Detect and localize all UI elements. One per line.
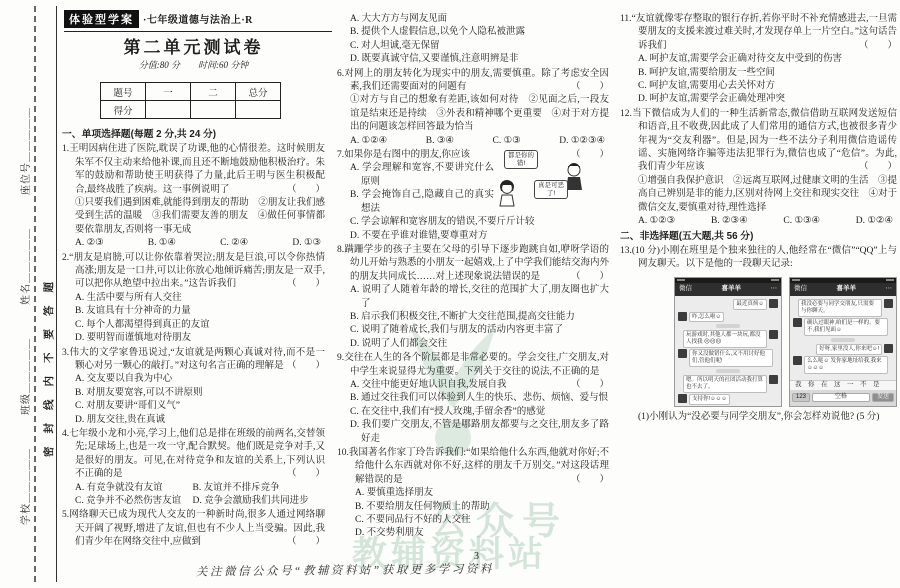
option-a: A. ①②③: [638, 215, 675, 228]
option-b: B. 友谊并不排斥竞争: [193, 482, 326, 495]
option-c: C. 对朋友要讲“哥们义气”: [75, 400, 325, 413]
message-bubble: 咋,怎么啦☺: [689, 312, 724, 323]
question-1: 1.王明因病住进了医院,耽误了功课,他的心情很差。这时候朋友朱军不仅主动来给他补…: [62, 143, 325, 250]
question-7: 7.如果你是右图中的朋友,你应该（ ） 都是你的错! 真是可恶了! A. 学会理…: [337, 149, 609, 243]
question-number: 11.: [620, 14, 632, 24]
seal-warning-text: 密封线内不要答题: [41, 147, 55, 457]
chat-message-incoming: 你又没做错什么,又不用讨好他们,管他们呢!: [678, 349, 778, 367]
seal-solid-line: [56, 6, 57, 582]
option-row: A. ①②④ B. ③④ C. ①③ D. ①②③④: [350, 135, 609, 148]
option-b: B. ①④: [148, 237, 176, 250]
option-c: C. ②④: [220, 237, 248, 250]
contact-name: 喜羊羊: [692, 286, 771, 293]
chat-body: 我没必要与同学交朋友,只需要与你聊天。 确认过眼神,咱们是一样的。要不,我们见面…: [790, 296, 896, 380]
question-8: 8.蹒跚学步的孩子主要在父母的引导下逐步跑跳自如,咿呀学语的幼儿开始与熟悉的小朋…: [337, 244, 609, 351]
chat-message-outgoing: 玩游戏时,其他人都一块玩,都没人找我 ☹☹☹: [678, 330, 778, 348]
message-bubble: 确认过眼神,咱们是一样的。要不,我们见面☺: [804, 318, 888, 336]
keyboard-suggestion-row: 我 你 在 这 一 不 是: [790, 380, 896, 390]
score-header-cell: 题号: [101, 83, 146, 101]
chat-body: 最近真烦☺ 咋,怎么啦☺ 玩游戏时,其他人都一块玩,都没人找我 ☹☹☹ 你又没做…: [675, 296, 781, 406]
option-b: B. 呵护友谊,需要给朋友一些空间: [638, 67, 897, 80]
section-1-heading: 一、单项选择题(每题 2 分,共 24 分): [62, 128, 325, 141]
wechat-screenshot-1: 微信 喜羊羊 ⋯ 最近真烦☺ 咋,怎么啦☺ 玩游戏时,其他人都一块玩,都没人找我…: [674, 277, 782, 407]
avatar: [678, 349, 687, 358]
back-label: 微信: [794, 286, 807, 293]
speech-bubble-left: 都是你的错!: [504, 150, 538, 169]
option-b: B. 不要给朋友任何物质上的帮助: [355, 501, 609, 514]
message-bubble: 你又没做错什么,又不用讨好他们,管他们呢!: [689, 349, 773, 367]
option-row: A. ①②③ B. ②③④ C. ①③④ D. ①②④: [638, 215, 897, 228]
avatar: [769, 375, 778, 384]
option-a: A. 大大方方与网友见面: [350, 13, 609, 26]
question-subitems: ①增强自我保护意识 ②远离互联网,过健康文明的生活 ③提高自己辨别是非的能力,区…: [638, 175, 897, 215]
avatar: [678, 394, 687, 403]
score-blank-cell: [236, 101, 281, 119]
contact-name: 喜羊羊: [807, 286, 886, 293]
exam-page: 公众号 教辅资料站 学校＿＿＿＿＿ 班级＿＿＿＿＿ 姓名＿＿＿＿＿ 座位号＿＿＿…: [0, 0, 900, 588]
avatar: [678, 312, 687, 321]
option-b: B. 对朋友要宽容,可以不讲原则: [75, 387, 325, 400]
answer-bracket: （ ）: [300, 468, 325, 481]
question-stem: 当下微信成为人们的一种生活新常态,微信借助互联网发送短信和语音,且不收费,因此成…: [632, 109, 897, 173]
option-a: A. 交友要以自我为中心: [75, 373, 325, 386]
more-icon: ⋯: [886, 286, 893, 293]
message-bubble: 嗯。所以明天的社团活动我打算也不去了。: [683, 375, 767, 393]
avatar: [769, 299, 778, 308]
option-d: D. ①②④: [856, 215, 893, 228]
question-6: 6.对网上的朋友转化为现实中的朋友,需要慎重。除了考虑安全因素,我们还需要面对的…: [337, 68, 609, 148]
answer-bracket: （ ）: [877, 161, 897, 174]
section-2-heading: 二、非选择题(五大题,共 56 分): [620, 230, 897, 243]
question-stem: 对网上的朋友转化为现实中的朋友,需要慎重。除了考虑安全因素,我们还需要面对的问题…: [344, 69, 609, 92]
question-3: 3.伟大的文学家鲁迅说过,“友谊就是两颗心真诚对待,而不是一颗心对另一颗心的敲打…: [62, 347, 325, 427]
option-c: C. ①③: [493, 135, 521, 148]
option-d: D. 不交势利朋友: [355, 527, 609, 540]
chat-screenshots: 微信 喜羊羊 ⋯ 最近真烦☺ 咋,怎么啦☺ 玩游戏时,其他人都一块玩,都没人找我…: [674, 277, 897, 407]
option-c: C. 竞争并不必然伤害友谊: [75, 495, 193, 508]
message-bubble: 最近真烦☺: [733, 299, 767, 310]
column-2: A. 大大方方与网友见面 B. 提供个人虚假信息,以免个人隐私被泄露 C. 对人…: [337, 13, 609, 542]
option-d: D. 竞争会激励我们共同进步: [193, 495, 326, 508]
option-a: A. 生活中要与所有人交往: [75, 292, 325, 305]
send-key: 发送: [872, 393, 894, 402]
option-a: A. ②③: [75, 237, 104, 250]
chat-title-bar: 微信 喜羊羊 ⋯: [675, 283, 781, 296]
question-stem: 如果你是右图中的朋友,你应该: [344, 150, 470, 160]
option-b: B. 启示我们积极交往,不断扩大交往范围,提高交往能力: [350, 311, 609, 324]
score-header-cell: 二: [191, 83, 236, 101]
exam-title: 第二单元测试卷: [62, 33, 325, 58]
wechat-screenshot-2: 微信 喜羊羊 ⋯ 我没必要与同学交朋友,只需要与你聊天。 确认过眼神,咱们是一样…: [789, 277, 897, 407]
option-c: C. 说明了随着成长,我们与朋友的活动内容更丰富了: [350, 324, 609, 337]
option-c: C. 学会谅解和宽容朋友的错误,不要斤斤计较: [350, 216, 609, 229]
option-c: C. ①③④: [783, 215, 820, 228]
answer-bracket: （ ）: [877, 40, 897, 53]
answer-bracket: （ ）: [300, 184, 325, 197]
question-stem: 蹒跚学步的孩子主要在父母的引导下逐步跑跳自如,咿呀学语的幼儿开始与熟悉的小朋友一…: [344, 245, 609, 282]
seal-dashed-line: [34, 6, 36, 582]
option-d: D. ①③: [292, 237, 321, 250]
option-d: D. ①②③④: [559, 135, 605, 148]
option-a: A. ①②④: [350, 135, 387, 148]
question-5: 5.网络聊天已成为现代人交友的一种新时尚,很多人通过网络聊天开阔了视野,增进了友…: [62, 509, 325, 549]
avatar: [793, 356, 802, 365]
margin-student-fields: 学校＿＿＿＿＿ 班级＿＿＿＿＿ 姓名＿＿＿＿＿ 座位号＿＿＿＿＿: [17, 45, 31, 525]
numeric-key: 123: [792, 393, 810, 402]
option-d: D. 要明智而谨慎地对待朋友: [75, 332, 325, 345]
chat-title-bar: 微信 喜羊羊 ⋯: [790, 283, 896, 296]
answer-bracket: （ ）: [300, 360, 325, 373]
space-key: 空格: [812, 393, 870, 402]
option-a: A. 有竞争就没有友谊: [75, 482, 193, 495]
score-table: 题号 一 二 总分 得分: [100, 82, 281, 119]
question-2: 2.“朋友是肩膀,可以让你依靠着哭泣;朋友是巨浪,可以令你热情高涨;朋友是一口井…: [62, 252, 325, 346]
score-blank-cell: [191, 101, 236, 119]
chat-message-outgoing: 好呀,家里没人,你来吧☺!: [793, 344, 893, 355]
option-d: D. 我们要广交朋友,不管是哪路朋友都要与之交往,朋友多了路好走: [350, 419, 609, 446]
chat-message-incoming: 咋,怎么啦☺: [678, 312, 778, 323]
question-subitems: ①只要我们遇到困难,就能得到朋友的帮助 ②朋友让我们感受到生活的温暖 ③我们需要…: [75, 197, 325, 237]
question-number: 10.: [337, 448, 349, 458]
chat-message-incoming: 么么哒☺ 发你家地址给我,我来 ☺☺☺: [793, 356, 893, 374]
score-header-cell: 总分: [236, 83, 281, 101]
option-d: D. 说明了人们都会交往: [350, 338, 609, 351]
option-c: C. 每个人都渴望得到真正的友谊: [75, 319, 325, 332]
chat-message-outgoing: 最近真烦☺: [678, 299, 778, 310]
question-5-options: A. 大大方方与网友见面 B. 提供个人虚假信息,以免个人隐私被泄露 C. 对人…: [337, 13, 609, 67]
question-stem: 交往在人生的各个阶层都是非常必要的。学会交往,广交朋友,对中学生来说显得尤为重要…: [344, 353, 609, 376]
answer-bracket: （ ）: [584, 379, 609, 392]
question-number: 12.: [620, 109, 632, 119]
question-4: 4.七年级小龙和小亮,学习上,他们总是排在班级的前两名,交替领先;足球场上,也是…: [62, 428, 325, 508]
answer-bracket: （ ）: [300, 278, 325, 291]
column-1: 一、单项选择题(每题 2 分,共 24 分) 1.王明因病住进了医院,耽误了功课…: [62, 127, 325, 551]
answer-bracket: （ ）: [584, 271, 609, 284]
back-label: 微信: [679, 286, 692, 293]
option-row: A. ②③ B. ①④ C. ②④ D. ①③: [75, 237, 325, 250]
option-b: B. ②③④: [711, 215, 748, 228]
series-badge: 体验型学案: [64, 10, 139, 28]
avatar: [884, 344, 893, 353]
option-a: A. 说明了人随着年龄的增长,交往的范围扩大了,朋友圈也扩大了: [350, 284, 609, 311]
quarrel-cartoon-illustration: 都是你的错! 真是可恶了!: [498, 150, 584, 212]
avatar: [793, 318, 802, 327]
score-row-label: 得分: [101, 101, 146, 119]
avatar: [884, 299, 893, 308]
more-icon: ⋯: [771, 286, 778, 293]
question-number: 13.: [620, 246, 632, 256]
option-d: D. 呵护友谊,需要学会正确处理冲突: [638, 93, 897, 106]
answer-bracket: （ ）: [584, 149, 609, 162]
option-b: B. 友谊具有十分神奇的力量: [75, 305, 325, 318]
message-bubble: 支持你!☺☺☺: [689, 394, 730, 405]
chat-message-outgoing: 我没必要与同学交朋友,只需要与你聊天。: [793, 299, 893, 317]
series-label: ·七年级道德与法治上·R: [143, 15, 253, 26]
score-blank-cell: [146, 101, 191, 119]
message-bubble: 好呀,家里没人,你来吧☺!: [816, 344, 882, 355]
question-subitems: ①对方与自己的想象有差距,该如何对待 ②见面之后,一段友谊是结束还是持续 ③外表…: [350, 94, 609, 134]
footer-handwritten-note: 关注微信公众号“教辅资料站”获取更多学习资料: [196, 560, 494, 579]
question-11: 11.“友谊就像零存整取的银行存折,若你平时不补充情感进去,一旦需要朋友的支援来…: [620, 13, 897, 107]
option-grid: A. 有竞争就没有友谊 B. 友谊并不排斥竞争 C. 竞争并不必然伤害友谊 D.…: [75, 482, 325, 509]
option-d: D. 既要真诚守信,又要谨慎,注意明辨是非: [350, 53, 609, 66]
option-a: A. 呵护友谊,需要学会正确对待交友中受到的伤害: [638, 53, 897, 66]
chat-message-incoming: 支持你!☺☺☺: [678, 394, 778, 405]
answer-bracket: （ ）: [589, 474, 609, 487]
chat-message-outgoing: 嗯。所以明天的社团活动我打算也不去了。: [678, 375, 778, 393]
option-a: A. 要慎重选择朋友: [355, 487, 609, 500]
time-divider: [831, 338, 855, 342]
question-9: 9.交往在人生的各个阶层都是非常必要的。学会交往,广交朋友,对中学生来说显得尤为…: [337, 352, 609, 446]
option-b: B. ③④: [426, 135, 454, 148]
time-divider: [716, 324, 740, 328]
option-d: D. 不要在乎谁对谁错,要尊重对方: [350, 230, 609, 243]
score-header-cell: 一: [146, 83, 191, 101]
answer-bracket: （ ）: [300, 536, 325, 549]
option-c: C. 呵护友谊,需要用心去关怀对方: [638, 80, 897, 93]
question-12: 12.当下微信成为人们的一种生活新常态,微信借助互联网发送短信和语音,且不收费,…: [620, 108, 897, 229]
question-13: 13.(10 分)小刚在班里是个独来独往的人,他经常在“微信”“QQ”上与网友聊…: [620, 245, 897, 424]
question-10: 10.我国著名作家丁玲告诉我们:“如果给他什么东西,他就对你好;不给他什么东西就…: [337, 447, 609, 541]
page-header: 体验型学案 ·七年级道德与法治上·R: [64, 10, 332, 32]
message-bubble: 我没必要与同学交朋友,只需要与你聊天。: [798, 299, 882, 317]
option-b: B. 提供个人虚假信息,以免个人隐私被泄露: [350, 26, 609, 39]
chat-message-incoming: 确认过眼神,咱们是一样的。要不,我们见面☺: [793, 318, 893, 336]
question-stem: 我国著名作家丁玲告诉我们:“如果给他什么东西,他就对你好;不给他什么东西就对你不…: [349, 448, 609, 485]
option-c: C. 在交往中,我们有“授人玫瑰,手留余香”的感觉: [350, 406, 609, 419]
question-stem: “友谊就像零存整取的银行存折,若你平时不补充情感进去,一旦需要朋友的支援来渡过难…: [632, 14, 897, 51]
time-divider: [716, 369, 740, 373]
option-b: B. 通过交往我们可以体验到人生的快乐、悲伤、烦恼、爱与恨: [350, 392, 609, 405]
answer-bracket: （ ）: [584, 81, 609, 94]
keyboard-bar: 123 空格 发送: [790, 390, 896, 406]
message-bubble: 么么哒☺ 发你家地址给我,我来 ☺☺☺: [804, 356, 888, 374]
girl-figure-icon: [498, 179, 516, 212]
sub-question-1: (1)小刚认为“没必要与同学交朋友”,你会怎样劝说他? (5 分): [638, 411, 897, 424]
speech-bubble-right: 真是可恶了!: [534, 180, 568, 199]
option-c: C. 对人坦诚,毫无保留: [350, 40, 609, 53]
option-d: D. 朋友交往,贵在真诚: [75, 414, 325, 427]
option-c: C. 不要同品行不好的人交往: [355, 514, 609, 527]
message-bubble: 玩游戏时,其他人都一块玩,都没人找我 ☹☹☹: [683, 330, 767, 348]
question-stem: (10 分)小刚在班里是个独来独往的人,他经常在“微信”“QQ”上与网友聊天。以…: [632, 246, 897, 269]
exam-meta: 分值:80 分 时间:60 分钟: [62, 58, 325, 71]
avatar: [769, 330, 778, 339]
column-3: 11.“友谊就像零存整取的银行存折,若你平时不补充情感进去,一旦需要朋友的支援来…: [620, 13, 897, 425]
